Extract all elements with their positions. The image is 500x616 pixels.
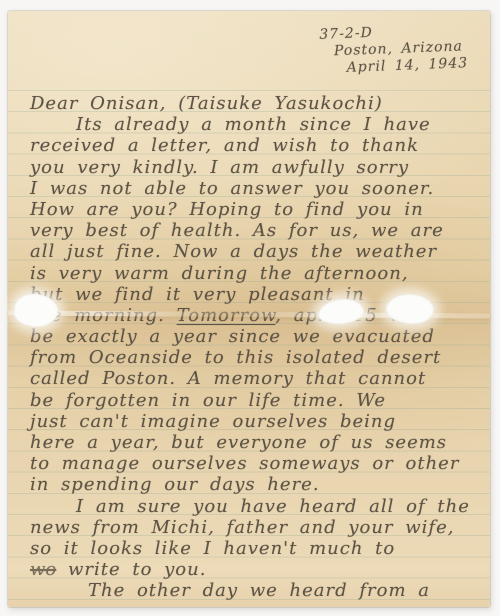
text-segment: Dear Onisan, (Taisuke Yasukochi) [30, 93, 383, 114]
letter-line-9: is very warm during the afternoon, [30, 263, 484, 284]
letter-line-5: I was not able to answer you sooner. [30, 178, 484, 199]
text-segment: be exactly a year since we evacuated [30, 326, 435, 347]
text-segment: you very kindly. I am awfully sorry [30, 157, 409, 178]
text-segment: Its already a month since I have [76, 114, 431, 135]
letter-line-12: be exactly a year since we evacuated [30, 326, 484, 347]
letter-line-22: so it looks like I haven't much to [30, 538, 484, 559]
text-segment: in spending our days here. [30, 474, 320, 495]
letter-line-1: Dear Onisan, (Taisuke Yasukochi) [30, 93, 484, 114]
letter-line-4: you very kindly. I am awfully sorry [30, 157, 484, 178]
letter-line-13: from Oceanside to this isolated desert [30, 347, 484, 368]
text-segment: to manage ourselves someways or other [30, 453, 459, 474]
letter-header: 37-2-D Poston, Arizona April 14, 1943 [320, 21, 469, 78]
letter-line-2: Its already a month since I have [30, 114, 484, 135]
letter-scan: 37-2-D Poston, Arizona April 14, 1943 De… [0, 0, 500, 616]
letter-line-18: to manage ourselves someways or other [30, 453, 484, 474]
letter-line-8: all just fine. Now a days the weather [30, 241, 484, 262]
text-segment: The other day we heard from a [88, 580, 430, 601]
text-segment: received a letter, and wish to thank [30, 135, 419, 156]
letter-line-15: be forgotten in our life time. We [30, 390, 484, 411]
text-segment: so it looks like I haven't much to [30, 538, 395, 559]
letter-body: Dear Onisan, (Taisuke Yasukochi)Its alre… [30, 93, 484, 602]
text-segment: I am sure you have heard all of the [76, 496, 470, 517]
letter-line-3: received a letter, and wish to thank [30, 135, 484, 156]
text-segment: called Poston. A memory that cannot [30, 368, 426, 389]
text-segment: write to you. [56, 559, 206, 580]
text-segment: wo [30, 559, 56, 580]
text-segment: How are you? Hoping to find you in [30, 199, 424, 220]
text-segment: from Oceanside to this isolated desert [30, 347, 441, 368]
letter-line-20: I am sure you have heard all of the [30, 496, 484, 517]
text-segment: is very warm during the afternoon, [30, 263, 409, 284]
letter-line-6: How are you? Hoping to find you in [30, 199, 484, 220]
text-segment: just can't imagine ourselves being [30, 411, 396, 432]
letter-line-16: just can't imagine ourselves being [30, 411, 484, 432]
letter-line-21: news from Michi, father and your wife, [30, 517, 484, 538]
text-segment: very best of health. As for us, we are [30, 220, 444, 241]
text-segment: but we find it very pleasant in [30, 284, 365, 305]
letter-line-14: called Poston. A memory that cannot [30, 368, 484, 389]
text-segment: here a year, but everyone of us seems [30, 432, 447, 453]
letter-line-19: in spending our days here. [30, 474, 484, 495]
letter-line-17: here a year, but everyone of us seems [30, 432, 484, 453]
text-segment: all just fine. Now a days the weather [30, 241, 437, 262]
text-segment: I was not able to answer you sooner. [30, 178, 434, 199]
text-segment: be forgotten in our life time. We [30, 390, 386, 411]
text-segment: news from Michi, father and your wife, [30, 517, 454, 538]
letter-paper: 37-2-D Poston, Arizona April 14, 1943 De… [8, 11, 490, 607]
letter-line-24: The other day we heard from a [30, 580, 484, 601]
letter-line-23: wo write to you. [30, 559, 484, 580]
letter-line-7: very best of health. As for us, we are [30, 220, 484, 241]
